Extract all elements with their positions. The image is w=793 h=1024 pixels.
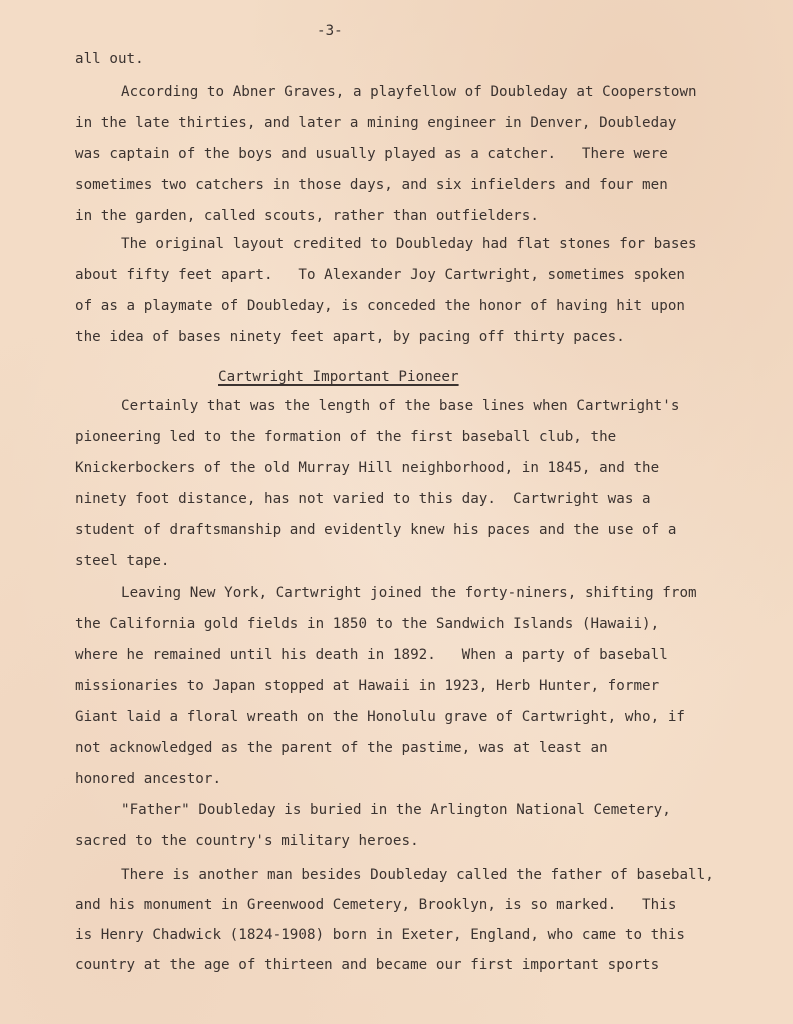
text-line: where he remained until his death in 189… [75, 648, 668, 662]
document-page: -3- all out.According to Abner Graves, a… [0, 0, 793, 1024]
text-line: sometimes two catchers in those days, an… [75, 178, 668, 192]
text-line: country at the age of thirteen and becam… [75, 958, 659, 972]
text-line: of as a playmate of Doubleday, is conced… [75, 299, 685, 313]
text-line: pioneering led to the formation of the f… [75, 430, 616, 444]
page-number: -3- [317, 24, 343, 38]
text-line: student of draftsmanship and evidently k… [75, 523, 676, 537]
text-line: not acknowledged as the parent of the pa… [75, 741, 608, 755]
text-line: ninety foot distance, has not varied to … [75, 492, 651, 506]
text-line: "Father" Doubleday is buried in the Arli… [121, 803, 671, 817]
text-line: steel tape. [75, 554, 170, 568]
text-line: Certainly that was the length of the bas… [121, 399, 679, 413]
text-line: and his monument in Greenwood Cemetery, … [75, 898, 676, 912]
section-heading: Cartwright Important Pioneer [218, 370, 459, 384]
text-line: According to Abner Graves, a playfellow … [121, 85, 697, 99]
text-line: the idea of bases ninety feet apart, by … [75, 330, 625, 344]
text-line: sacred to the country's military heroes. [75, 834, 419, 848]
text-line: was captain of the boys and usually play… [75, 147, 668, 161]
text-line: Giant laid a floral wreath on the Honolu… [75, 710, 685, 724]
text-line: in the late thirties, and later a mining… [75, 116, 676, 130]
text-line: is Henry Chadwick (1824-1908) born in Ex… [75, 928, 685, 942]
text-line: Leaving New York, Cartwright joined the … [121, 586, 697, 600]
text-line: missionaries to Japan stopped at Hawaii … [75, 679, 659, 693]
text-line: the California gold fields in 1850 to th… [75, 617, 659, 631]
text-line: The original layout credited to Doubleda… [121, 237, 697, 251]
text-line: There is another man besides Doubleday c… [121, 868, 714, 882]
text-line: honored ancestor. [75, 772, 221, 786]
text-line: about fifty feet apart. To Alexander Joy… [75, 268, 685, 282]
text-line: in the garden, called scouts, rather tha… [75, 209, 539, 223]
text-line: all out. [75, 52, 144, 66]
text-line: Knickerbockers of the old Murray Hill ne… [75, 461, 659, 475]
